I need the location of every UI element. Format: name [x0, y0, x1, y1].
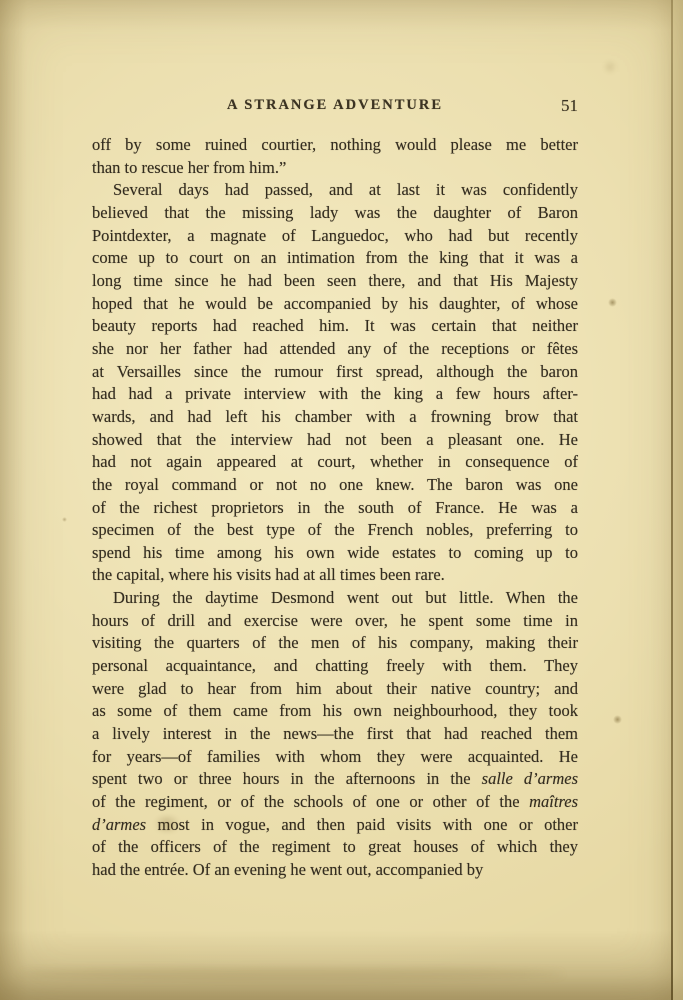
text-line: personal acquaintance, and chatting free… — [92, 655, 578, 678]
text-line: than to rescue her from him.” — [92, 157, 578, 180]
paper-stain — [62, 517, 67, 522]
page-text: off by some ruined courtier, nothing wou… — [92, 134, 578, 882]
text-line: she nor her father had attended any of t… — [92, 338, 578, 361]
paragraph: During the daytime Desmond went out but … — [92, 587, 578, 882]
text-line: hoped that he would be accompanied by hi… — [92, 293, 578, 316]
text-line: were glad to hear from him about their n… — [92, 678, 578, 701]
running-title: A STRANGE ADVENTURE — [92, 97, 578, 114]
paper-stain — [613, 715, 622, 724]
text-line: spend his time among his own wide estate… — [92, 542, 578, 565]
text-line: believed that the missing lady was the d… — [92, 202, 578, 225]
page-edge-strip — [673, 0, 683, 1000]
text-line: off by some ruined courtier, nothing wou… — [92, 134, 578, 157]
text-line: Several days had passed, and at last it … — [92, 179, 578, 202]
text-line: come up to court on an intimation from t… — [92, 247, 578, 270]
text-line: spent two or three hours in the afternoo… — [92, 768, 578, 791]
text-line: of the officers of the regiment to great… — [92, 836, 578, 859]
page-number: 51 — [561, 96, 578, 116]
text-line: visiting the quarters of the men of his … — [92, 632, 578, 655]
text-line: of the richest proprietors in the south … — [92, 497, 578, 520]
text-line: During the daytime Desmond went out but … — [92, 587, 578, 610]
text-line: beauty reports had reached him. It was c… — [92, 315, 578, 338]
text-line: showed that the interview had not been a… — [92, 429, 578, 452]
text-line: the royal command or not no one knew. Th… — [92, 474, 578, 497]
paragraph: off by some ruined courtier, nothing wou… — [92, 134, 578, 179]
text-line: hours of drill and exercise were over, h… — [92, 610, 578, 633]
text-line: of the regiment, or of the schools of on… — [92, 791, 578, 814]
text-line: as some of them came from his own neighb… — [92, 700, 578, 723]
page-header: A STRANGE ADVENTURE 51 — [92, 97, 578, 117]
text-block: A STRANGE ADVENTURE 51 off by some ruine… — [92, 97, 578, 882]
text-line: Pointdexter, a magnate of Languedoc, who… — [92, 225, 578, 248]
text-line: wards, and had left his chamber with a f… — [92, 406, 578, 429]
paper-stain — [608, 298, 617, 307]
paper-stain — [150, 816, 184, 832]
scan-shadow-band — [20, 968, 563, 980]
text-line: a lively interest in the news—the first … — [92, 723, 578, 746]
text-line: had the entrée. Of an evening he went ou… — [92, 859, 578, 882]
text-line: for years—of families with whom they wer… — [92, 746, 578, 769]
text-line: had not again appeared at court, whether… — [92, 451, 578, 474]
text-line: long time since he had been seen there, … — [92, 270, 578, 293]
text-line: at Versailles since the rumour first spr… — [92, 361, 578, 384]
book-page-scan: A STRANGE ADVENTURE 51 off by some ruine… — [0, 0, 683, 1000]
paragraph: Several days had passed, and at last it … — [92, 179, 578, 587]
text-line: had had a private interview with the kin… — [92, 383, 578, 406]
text-line: the capital, where his visits had at all… — [92, 564, 578, 587]
paper-stain — [603, 60, 617, 74]
text-line: specimen of the best type of the French … — [92, 519, 578, 542]
